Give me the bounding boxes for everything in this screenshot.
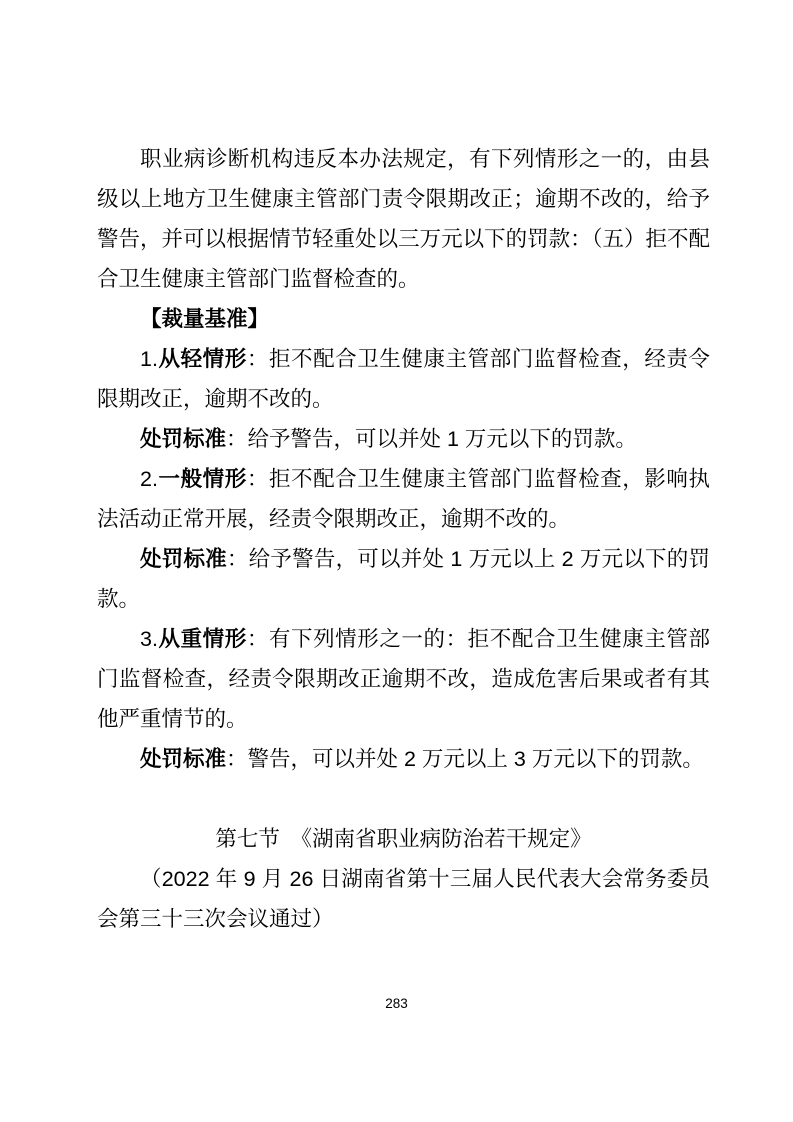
item-1-term: 从轻情形 — [158, 347, 247, 371]
section-title-text: 第七节 《湖南省职业病防治若干规定》 — [215, 827, 591, 851]
basis-header-text: 【裁量基准】 — [140, 307, 269, 331]
item-2-term: 一般情形 — [158, 467, 247, 491]
item-1-paragraph: 1.从轻情形：拒不配合卫生健康主管部门监督检查，经责令限期改正，逾期不改的。 — [97, 339, 710, 419]
adoption-note-text: （2022 年 9 月 26 日湖南省第十三届人民代表大会常务委员会第三十三次会… — [97, 867, 710, 931]
document-page: 职业病诊断机构违反本办法规定，有下列情形之一的，由县级以上地方卫生健康主管部门责… — [0, 0, 793, 1122]
item-1-penalty-label: 处罚标准 — [140, 427, 226, 451]
document-content: 职业病诊断机构违反本办法规定，有下列情形之一的，由县级以上地方卫生健康主管部门责… — [97, 139, 710, 939]
item-1-number: 1. — [140, 347, 158, 371]
item-2-penalty-paragraph: 处罚标准：给予警告，可以并处 1 万元以上 2 万元以下的罚款。 — [97, 539, 710, 619]
item-3-penalty-desc: ：警告，可以并处 2 万元以上 3 万元以下的罚款。 — [226, 747, 704, 771]
item-2-penalty-label: 处罚标准 — [140, 547, 227, 571]
item-1-penalty-desc: ：给予警告，可以并处 1 万元以下的罚款。 — [226, 427, 637, 451]
page-number: 283 — [0, 995, 793, 1013]
intro-paragraph: 职业病诊断机构违反本办法规定，有下列情形之一的，由县级以上地方卫生健康主管部门责… — [97, 139, 710, 299]
section-title: 第七节 《湖南省职业病防治若干规定》 — [97, 819, 710, 859]
item-2-number: 2. — [140, 467, 158, 491]
item-3-paragraph: 3.从重情形：有下列情形之一的：拒不配合卫生健康主管部门监督检查，经责令限期改正… — [97, 619, 710, 739]
item-3-penalty-paragraph: 处罚标准：警告，可以并处 2 万元以上 3 万元以下的罚款。 — [97, 739, 710, 779]
item-3-penalty-label: 处罚标准 — [140, 747, 226, 771]
item-3-number: 3. — [140, 627, 158, 651]
intro-paragraph-text: 职业病诊断机构违反本办法规定，有下列情形之一的，由县级以上地方卫生健康主管部门责… — [97, 147, 710, 291]
item-3-term: 从重情形 — [158, 627, 247, 651]
item-2-paragraph: 2.一般情形：拒不配合卫生健康主管部门监督检查，影响执法活动正常开展，经责令限期… — [97, 459, 710, 539]
adoption-note-paragraph: （2022 年 9 月 26 日湖南省第十三届人民代表大会常务委员会第三十三次会… — [97, 859, 710, 939]
item-1-penalty-paragraph: 处罚标准：给予警告，可以并处 1 万元以下的罚款。 — [97, 419, 710, 459]
basis-header: 【裁量基准】 — [97, 299, 710, 339]
